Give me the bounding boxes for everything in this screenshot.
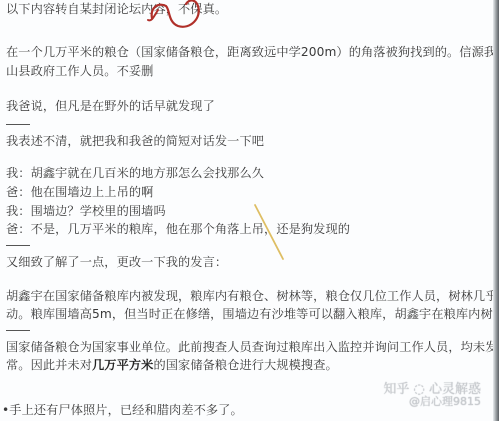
paragraph-6-line-2: 常。因此并未对几万平方米的国家储备粮仓进行大规模搜查。 [6, 357, 338, 373]
paragraph-5-line-1: 胡鑫宇在国家储备粮库内被发现，粮库内有粮仓、树林等，粮仓仅几位工作人员，树林几乎… [6, 288, 499, 304]
page-edge [493, 0, 499, 421]
document-page: 以下内容转自某封闭论坛内容，不保真。 在一个几万平米的粮仓（国家储备粮仓，距离致… [0, 0, 493, 421]
paragraph-4: 又细致了解了一点，更改一下我的发言： [6, 254, 227, 270]
footer-note: •手上还有尸体照片，已经和腊肉差不多了。 [2, 402, 243, 418]
header-note: 以下内容转自某封闭论坛内容，不保真。 [6, 1, 227, 17]
paragraph-2: 我爸说，但凡是在野外的话早就发现了 [6, 98, 215, 114]
paragraph-6-line-1: 国家储备粮仓为国家事业单位。此前搜查人员查询过粮库出入监控并询问工作人员，均未发… [6, 339, 499, 355]
dialogue-line-1: 我：胡鑫宇就在几百米的地方那怎么会找那么久 [6, 165, 264, 181]
paragraph-5-line-2: 动。粮库围墙高5m，但当时正在修缮，围墙边有沙堆等可以翻入粮库，胡鑫宇在粮库内树… [6, 306, 499, 322]
divider [6, 330, 30, 331]
watermark: 知乎 ◌ 心灵解惑 @启心理9815 [383, 384, 481, 408]
paragraph-1-line-2: 山县政府工作人员。不妥删 [6, 63, 153, 79]
text-suffix: 的国家储备粮仓进行大规模搜查。 [153, 358, 337, 372]
text-prefix: 常。因此并未对 [6, 358, 92, 372]
paragraph-3: 我表述不清，就把我和我爸的简短对话发一下吧 [6, 133, 264, 149]
watermark-line-2: @启心理9815 [383, 396, 481, 408]
dialogue-line-4: 爸：不是，几万平米的粮库，他在那个角落上吊，还是狗发现的 [6, 221, 350, 237]
dialogue-line-2: 爸：他在围墙边上上吊的啊 [6, 184, 153, 200]
divider [6, 245, 30, 246]
dialogue-line-3: 我：围墙边？学校里的围墙吗 [6, 203, 166, 219]
paragraph-1-line-1: 在一个几万平米的粮仓（国家储备粮仓，距离致远中学200m）的角落被狗找到的。信源… [6, 44, 499, 60]
emphasis-text: 几万平方米 [92, 358, 153, 372]
divider [6, 124, 30, 125]
